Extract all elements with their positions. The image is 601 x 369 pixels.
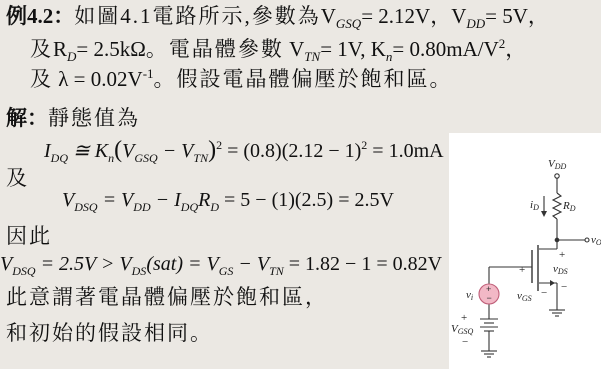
vdd-terminal-icon: [555, 174, 559, 178]
id-label: iD: [530, 199, 539, 212]
equation-idq: IDQ ≅ Kn(VGSQ − VTN)2 = (0.8)(2.12 − 1)2…: [44, 138, 444, 163]
vdd-label: VDD: [548, 158, 567, 171]
vgsq-label: VGSQ: [451, 323, 474, 336]
svg-text:−: −: [541, 287, 547, 299]
vi-label: vi: [466, 289, 473, 302]
nmos-common-source-circuit: + − VDD iD RD vO + vDS − + vGS − vi + VG…: [449, 133, 601, 369]
equation-vdsq: VDSQ = VDD − IDQRD = 5 − (1)(2.5) = 2.5V: [62, 188, 394, 212]
source-arrow-icon: [550, 280, 555, 286]
current-arrow-icon: [541, 211, 547, 217]
circuit-diagram: + − VDD iD RD vO + vDS − + vGS − vi + VG…: [449, 133, 601, 369]
conclusion-line-1: 此意謂著電晶體偏壓於飽和區，: [6, 285, 328, 309]
vo-label: vO: [591, 234, 601, 247]
solution-heading: 解：靜態值為: [6, 106, 140, 130]
example-line-2: 及RD= 2.5kΩ。電晶體參數 VTN= 1V, Kn= 0.80mA/V2，: [30, 37, 526, 61]
solution-label: 解: [6, 106, 27, 130]
svg-text:+: +: [519, 264, 525, 276]
example-line-3: 及 λ = 0.02V-1。假設電晶體偏壓於飽和區。: [30, 67, 453, 91]
resistor-rd-icon: [553, 193, 561, 219]
example-label: 例4.2: [6, 4, 53, 28]
svg-text:−: −: [462, 336, 468, 348]
and-label: 及: [6, 166, 29, 190]
vo-terminal-icon: [585, 238, 589, 242]
svg-text:+: +: [559, 249, 565, 261]
vgs-label: vGS: [517, 290, 532, 303]
svg-text:−: −: [561, 281, 567, 293]
rd-label: RD: [562, 200, 576, 213]
vds-label: vDS: [553, 263, 568, 276]
svg-text:+: +: [461, 312, 467, 324]
conclusion-line-2: 和初始的假設相同。: [6, 321, 213, 345]
svg-text:−: −: [487, 293, 492, 303]
therefore-label: 因此: [6, 224, 52, 248]
equation-vds-sat: VDSQ = 2.5V > VDS(sat) = VGS − VTN = 1.8…: [0, 252, 442, 276]
example-line-1: 例4.2：如圖4.1電路所示,參數為VGSQ= 2.12V，VDD= 5V，: [6, 4, 549, 28]
